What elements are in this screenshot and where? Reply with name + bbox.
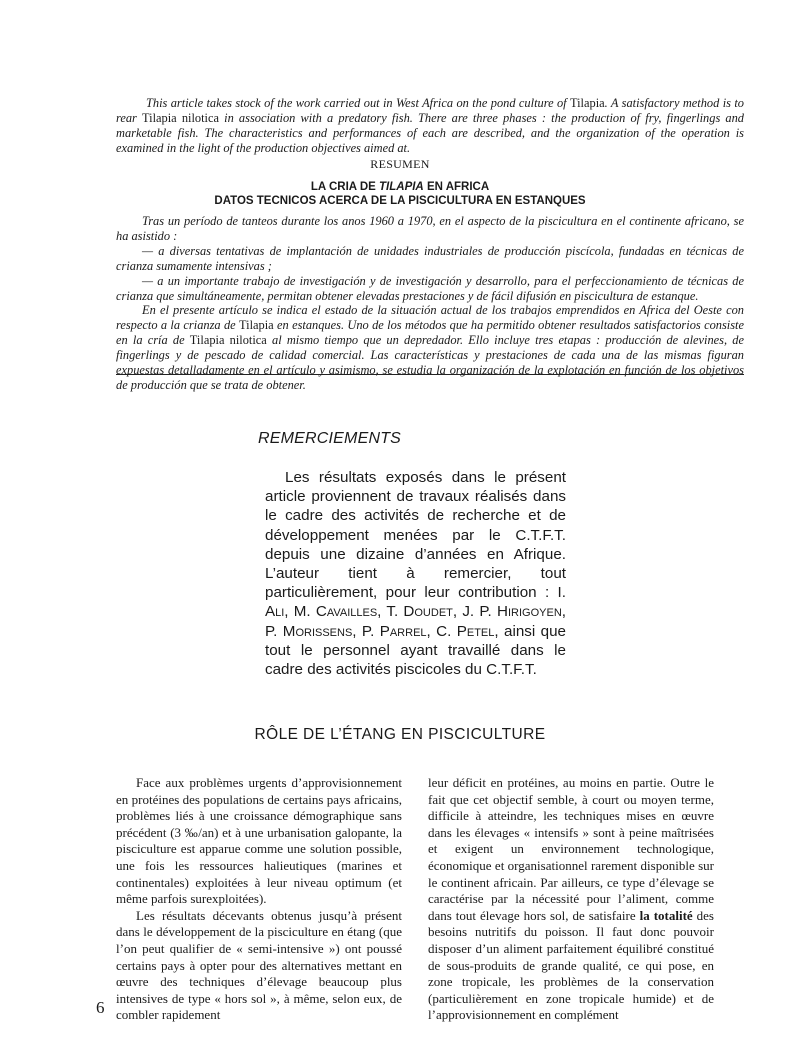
section-title: RÔLE DE L’ÉTANG EN PISCICULTURE: [0, 726, 800, 744]
resumen-title: LA CRIA DE TILAPIA EN AFRICA DATOS TECNI…: [0, 180, 800, 208]
abstract-english: This article takes stock of the work car…: [116, 96, 744, 156]
page-number: 6: [96, 998, 105, 1018]
body-column-right: leur déficit en protéines, au moins en p…: [428, 775, 714, 1024]
acknowledgements-title: REMERCIEMENTS: [258, 430, 401, 448]
section-divider: [116, 374, 744, 375]
resumen-paragraph: En el presente artículo se indica el est…: [116, 303, 744, 392]
emphasis: la totalité: [640, 908, 693, 923]
resumen-heading: RESUMEN: [0, 157, 800, 172]
acknowledgements-paragraph: Les résultats exposés dans le présent ar…: [265, 468, 566, 679]
resumen-title-line2: DATOS TECNICOS ACERCA DE LA PISCICULTURA…: [0, 194, 800, 208]
resumen-title-line1: LA CRIA DE TILAPIA EN AFRICA: [0, 180, 800, 194]
body-paragraph: Les résultats décevants obtenus jusqu’à …: [116, 908, 402, 1024]
body-column-left: Face aux problèmes urgents d’approvision…: [116, 775, 402, 1024]
resumen-body: Tras un período de tanteos durante los a…: [116, 214, 744, 393]
body-paragraph: Face aux problèmes urgents d’approvision…: [116, 775, 402, 908]
resumen-paragraph: — a diversas tentativas de implantación …: [116, 244, 744, 274]
body-paragraph: leur déficit en protéines, au moins en p…: [428, 775, 714, 1024]
abstract-paragraph: This article takes stock of the work car…: [116, 96, 744, 156]
acknowledgements-body: Les résultats exposés dans le présent ar…: [265, 468, 566, 679]
resumen-paragraph: — a un importante trabajo de investigaci…: [116, 274, 744, 304]
species-name: Tilapia nilotica: [142, 111, 219, 125]
species-name: Tilapia: [570, 96, 605, 110]
resumen-paragraph: Tras un período de tanteos durante los a…: [116, 214, 744, 244]
